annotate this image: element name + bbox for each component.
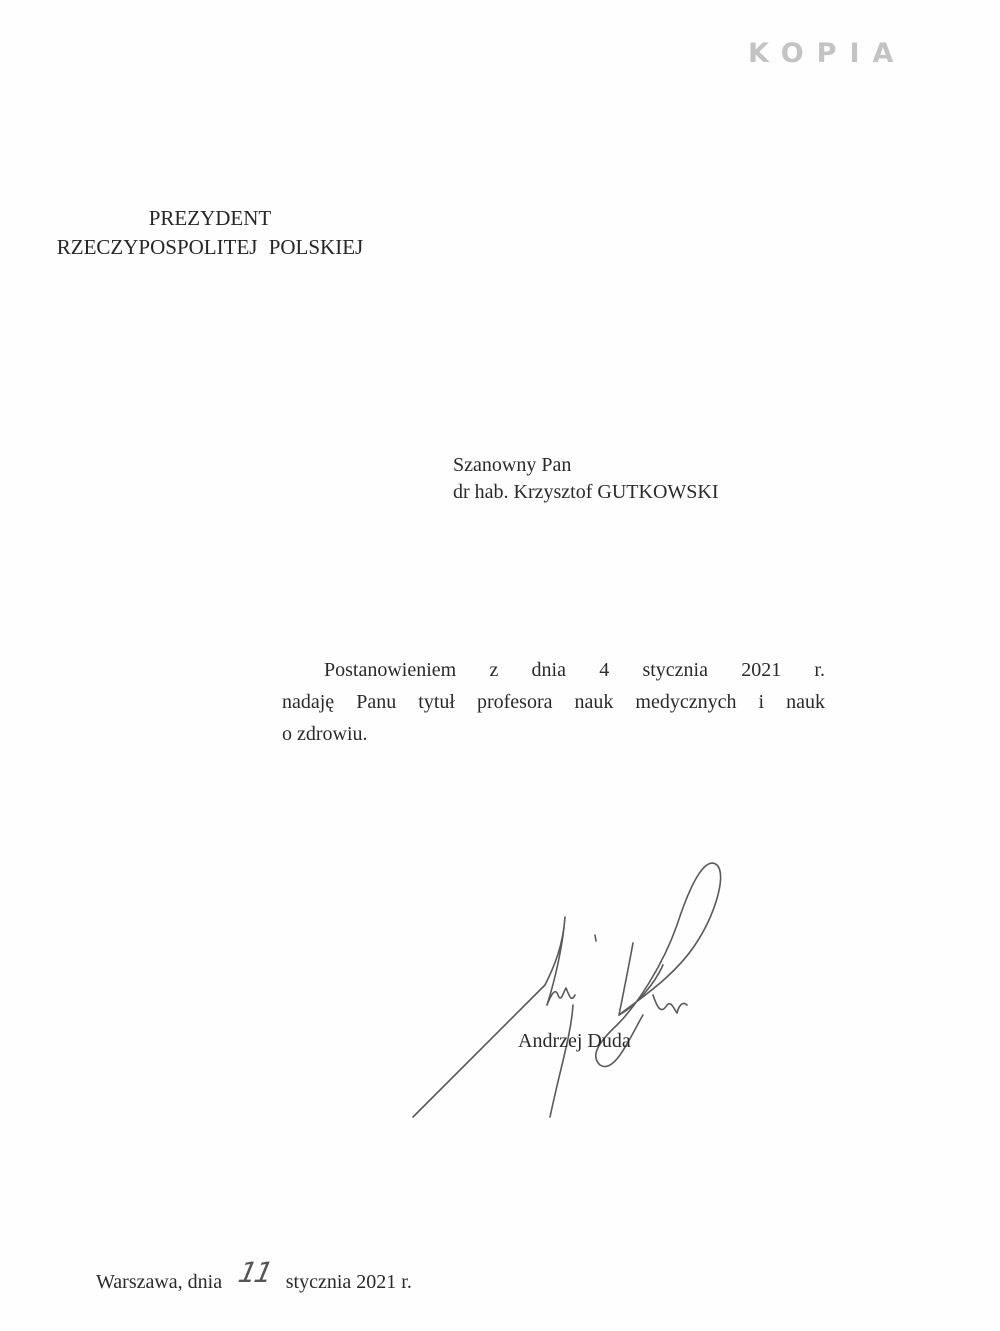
- date-suffix: stycznia 2021 r.: [286, 1271, 412, 1293]
- handwritten-day: 11: [236, 1256, 275, 1289]
- place-prefix: Warszawa, dnia: [96, 1271, 222, 1293]
- body-line-3: o zdrowiu.: [282, 718, 825, 750]
- body-line-1: Postanowieniem z dnia 4 stycznia 2021 r.: [282, 654, 825, 686]
- letterhead-title: PREZYDENT: [20, 204, 400, 233]
- letterhead-subtitle: RZECZYPOSPOLITEJ POLSKIEJ: [20, 233, 400, 262]
- copy-stamp: KOPIA: [748, 38, 906, 69]
- signer-name: Andrzej Duda: [518, 1030, 631, 1053]
- document-page: KOPIA PREZYDENT RZECZYPOSPOLITEJ POLSKIE…: [0, 0, 1000, 1331]
- letterhead: PREZYDENT RZECZYPOSPOLITEJ POLSKIEJ: [20, 204, 400, 262]
- addressee-name: dr hab. Krzysztof GUTKOWSKI: [453, 479, 719, 506]
- place-and-date: Warszawa, dnia 11 stycznia 2021 r.: [96, 1262, 412, 1295]
- salutation: Szanowny Pan: [453, 452, 719, 479]
- handwritten-signature-icon: [405, 855, 735, 1125]
- addressee-block: Szanowny Pan dr hab. Krzysztof GUTKOWSKI: [453, 452, 719, 506]
- letter-body: Postanowieniem z dnia 4 stycznia 2021 r.…: [282, 654, 825, 750]
- body-line-2: nadaję Panu tytuł profesora nauk medyczn…: [282, 686, 825, 718]
